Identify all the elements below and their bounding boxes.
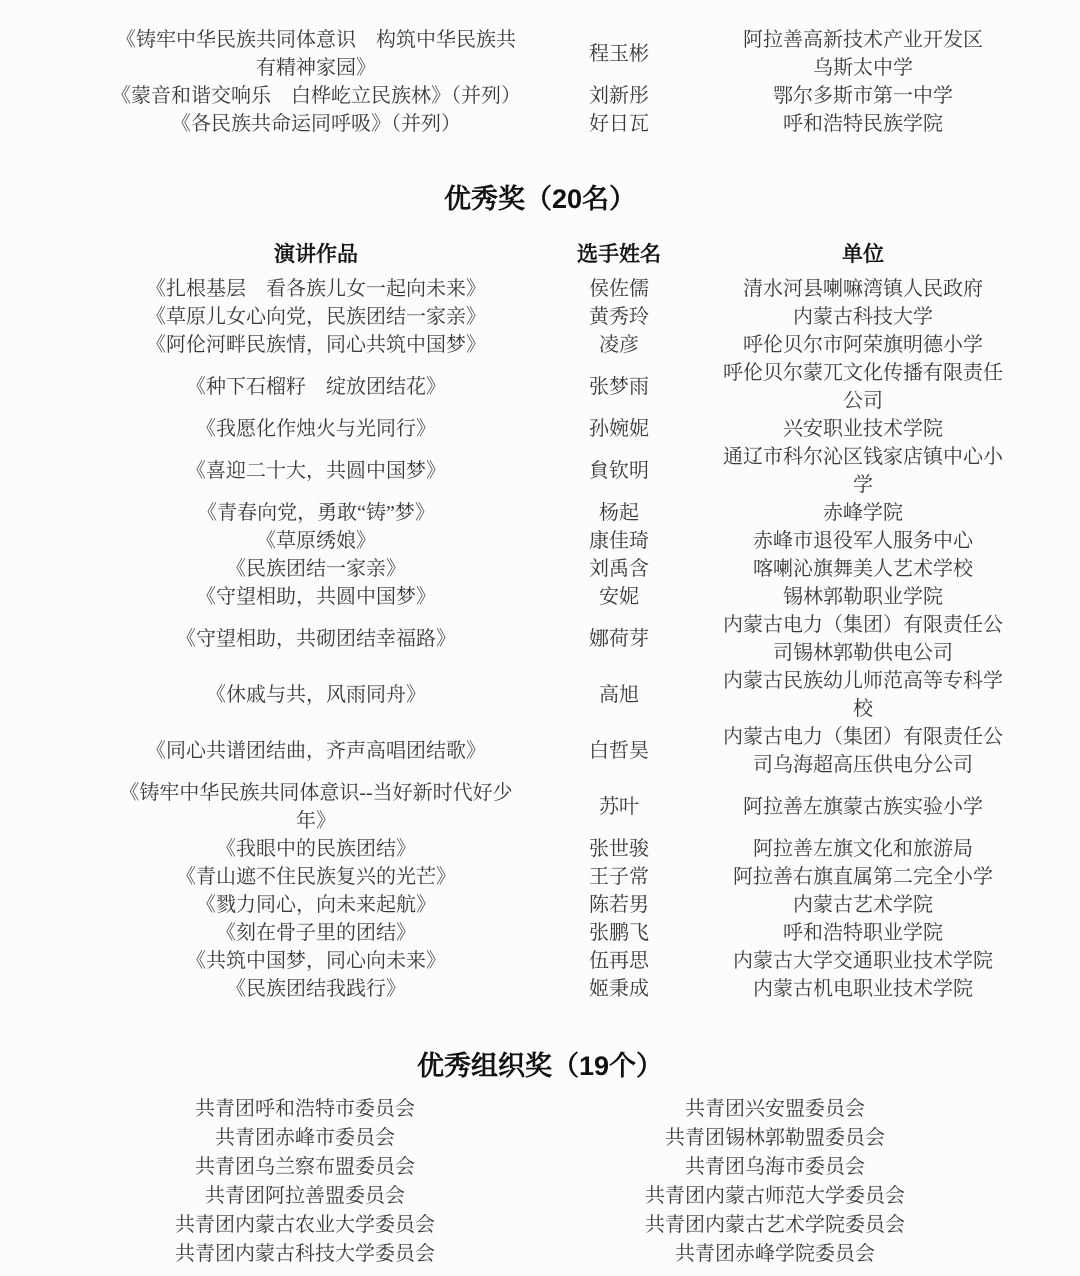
table-row: 《草原儿女心向党，民族团结一家亲》黄秀玲内蒙古科技大学 xyxy=(76,303,1044,331)
organization: 呼和浩特民族学院 xyxy=(682,110,1044,138)
org-award-item: 共青团锡林郭勒盟委员会 xyxy=(540,1124,1010,1153)
speech-title: 《我愿化作烛火与光同行》 xyxy=(76,415,556,443)
organization: 赤峰市退役军人服务中心 xyxy=(682,527,1044,555)
organization: 通辽市科尔沁区钱家店镇中心小 学 xyxy=(682,443,1044,499)
contestant-name: 王子常 xyxy=(556,863,682,891)
contestant-name: 姬秉成 xyxy=(556,975,682,1003)
speech-title: 《休戚与共，风雨同舟》 xyxy=(76,681,556,709)
table-row: 《蒙音和谐交响乐 白桦屹立民族林》（并列）刘新彤鄂尔多斯市第一中学 xyxy=(76,82,1044,110)
top-award-rows: 《铸牢中华民族共同体意识 构筑中华民族共 有精神家园》程玉彬阿拉善高新技术产业开… xyxy=(76,26,1044,138)
speech-title: 《民族团结我践行》 xyxy=(76,975,556,1003)
organization: 锡林郭勒职业学院 xyxy=(682,583,1044,611)
contestant-name: 伍再思 xyxy=(556,947,682,975)
column-header-org: 单位 xyxy=(682,242,1044,268)
contestant-name: 张世骏 xyxy=(556,835,682,863)
contestant-name: 孙婉妮 xyxy=(556,415,682,443)
organization: 阿拉善左旗蒙古族实验小学 xyxy=(682,793,1044,821)
speech-title: 《铸牢中华民族共同体意识--当好新时代好少 年》 xyxy=(76,779,556,835)
contestant-name: 安妮 xyxy=(556,583,682,611)
table-row: 《戮力同心，向未来起航》陈若男内蒙古艺术学院 xyxy=(76,891,1044,919)
table-row: 《共筑中国梦，同心向未来》伍再思内蒙古大学交通职业技术学院 xyxy=(76,947,1044,975)
organization: 内蒙古电力（集团）有限责任公 司乌海超高压供电分公司 xyxy=(682,723,1044,779)
org-award-item: 共青团内蒙古农业大学委员会 xyxy=(70,1211,540,1240)
contestant-name: 凌彦 xyxy=(556,331,682,359)
table-row: 《铸牢中华民族共同体意识--当好新时代好少 年》苏叶阿拉善左旗蒙古族实验小学 xyxy=(76,779,1044,835)
table-row: 《我愿化作烛火与光同行》孙婉妮兴安职业技术学院 xyxy=(76,415,1044,443)
speech-title: 《同心共谱团结曲，齐声高唱团结歌》 xyxy=(76,737,556,765)
contestant-name: 康佳琦 xyxy=(556,527,682,555)
table-row: 《各民族共命运同呼吸》（并列）好日瓦呼和浩特民族学院 xyxy=(76,110,1044,138)
contestant-name: 陈若男 xyxy=(556,891,682,919)
contestant-name: 高旭 xyxy=(556,681,682,709)
speech-title: 《守望相助，共圆中国梦》 xyxy=(76,583,556,611)
speech-title: 《守望相助，共砌团结幸福路》 xyxy=(76,625,556,653)
org-award-item: 共青团呼和浩特市委员会 xyxy=(70,1095,540,1124)
table-header-row: 演讲作品 选手姓名 单位 xyxy=(76,242,1044,268)
table-row: 《种下石榴籽 绽放团结花》张梦雨呼伦贝尔蒙兀文化传播有限责任 公司 xyxy=(76,359,1044,415)
speech-title: 《戮力同心，向未来起航》 xyxy=(76,891,556,919)
org-award-item: 共青团兴安盟委员会 xyxy=(540,1095,1010,1124)
organization: 兴安职业技术学院 xyxy=(682,415,1044,443)
organization: 呼和浩特职业学院 xyxy=(682,919,1044,947)
org-award-item: 共青团乌兰察布盟委员会 xyxy=(70,1153,540,1182)
organization: 内蒙古电力（集团）有限责任公 司锡林郭勒供电公司 xyxy=(682,611,1044,667)
table-row: 《青山遮不住民族复兴的光芒》王子常阿拉善右旗直属第二完全小学 xyxy=(76,863,1044,891)
table-row: 《同心共谱团结曲，齐声高唱团结歌》白哲昊内蒙古电力（集团）有限责任公 司乌海超高… xyxy=(76,723,1044,779)
column-header-name: 选手姓名 xyxy=(556,242,682,268)
speech-title: 《草原儿女心向党，民族团结一家亲》 xyxy=(76,303,556,331)
organization: 赤峰学院 xyxy=(682,499,1044,527)
organization: 喀喇沁旗舞美人艺术学校 xyxy=(682,555,1044,583)
table-row: 《阿伦河畔民族情，同心共筑中国梦》凌彦呼伦贝尔市阿荣旗明德小学 xyxy=(76,331,1044,359)
speech-title: 《种下石榴籽 绽放团结花》 xyxy=(76,373,556,401)
table-row: 《民族团结一家亲》刘禹含喀喇沁旗舞美人艺术学校 xyxy=(76,555,1044,583)
contestant-name: 侯佐儒 xyxy=(556,275,682,303)
speech-title: 《扎根基层 看各族儿女一起向未来》 xyxy=(76,275,556,303)
contestant-name: 程玉彬 xyxy=(556,40,682,68)
organization: 呼伦贝尔蒙兀文化传播有限责任 公司 xyxy=(682,359,1044,415)
table-row: 《铸牢中华民族共同体意识 构筑中华民族共 有精神家园》程玉彬阿拉善高新技术产业开… xyxy=(76,26,1044,82)
org-award-item: 共青团赤峰市委员会 xyxy=(70,1124,540,1153)
speech-title: 《青山遮不住民族复兴的光芒》 xyxy=(76,863,556,891)
organization: 呼伦贝尔市阿荣旗明德小学 xyxy=(682,331,1044,359)
speech-title: 《喜迎二十大，共圆中国梦》 xyxy=(76,457,556,485)
speech-title: 《各民族共命运同呼吸》（并列） xyxy=(76,110,556,138)
table-row: 《我眼中的民族团结》张世骏阿拉善左旗文化和旅游局 xyxy=(76,835,1044,863)
contestant-name: 苏叶 xyxy=(556,793,682,821)
organization: 阿拉善右旗直属第二完全小学 xyxy=(682,863,1044,891)
speech-title: 《我眼中的民族团结》 xyxy=(76,835,556,863)
speech-title: 《青春向党，勇敢“铸”梦》 xyxy=(76,499,556,527)
speech-title: 《刻在骨子里的团结》 xyxy=(76,919,556,947)
speech-title: 《阿伦河畔民族情，同心共筑中国梦》 xyxy=(76,331,556,359)
contestant-name: 好日瓦 xyxy=(556,110,682,138)
organization: 阿拉善左旗文化和旅游局 xyxy=(682,835,1044,863)
org-award-item: 共青团内蒙古师范大学委员会 xyxy=(540,1182,1010,1211)
contestant-name: 刘新彤 xyxy=(556,82,682,110)
table-row: 《守望相助，共砌团结幸福路》娜荷芽内蒙古电力（集团）有限责任公 司锡林郭勒供电公… xyxy=(76,611,1044,667)
org-award-item: 共青团赤峰学院委员会 xyxy=(540,1240,1010,1269)
contestant-name: 娜荷芽 xyxy=(556,625,682,653)
contestant-name: 张鹏飞 xyxy=(556,919,682,947)
organization: 清水河县喇嘛湾镇人民政府 xyxy=(682,275,1044,303)
contestant-name: 黄秀玲 xyxy=(556,303,682,331)
table-row: 《休戚与共，风雨同舟》高旭内蒙古民族幼儿师范高等专科学 校 xyxy=(76,667,1044,723)
excellence-award-title: 优秀奖（20名） xyxy=(0,182,1080,216)
contestant-name: 白哲昊 xyxy=(556,737,682,765)
speech-title: 《铸牢中华民族共同体意识 构筑中华民族共 有精神家园》 xyxy=(76,26,556,82)
table-row: 《民族团结我践行》姬秉成内蒙古机电职业技术学院 xyxy=(76,975,1044,1003)
contestant-name: 张梦雨 xyxy=(556,373,682,401)
org-award-item: 共青团内蒙古科技大学委员会 xyxy=(70,1240,540,1269)
excellence-award-rows: 《扎根基层 看各族儿女一起向未来》侯佐儒清水河县喇嘛湾镇人民政府《草原儿女心向党… xyxy=(76,275,1044,1003)
org-award-list: 共青团呼和浩特市委员会共青团兴安盟委员会共青团赤峰市委员会共青团锡林郭勒盟委员会… xyxy=(70,1095,1010,1269)
table-row: 《刻在骨子里的团结》张鹏飞呼和浩特职业学院 xyxy=(76,919,1044,947)
speech-title: 《民族团结一家亲》 xyxy=(76,555,556,583)
table-row: 《草原绣娘》康佳琦赤峰市退役军人服务中心 xyxy=(76,527,1044,555)
organization: 内蒙古大学交通职业技术学院 xyxy=(682,947,1044,975)
organization: 内蒙古艺术学院 xyxy=(682,891,1044,919)
contestant-name: 貟钦明 xyxy=(556,457,682,485)
speech-title: 《共筑中国梦，同心向未来》 xyxy=(76,947,556,975)
table-row: 《喜迎二十大，共圆中国梦》貟钦明通辽市科尔沁区钱家店镇中心小 学 xyxy=(76,443,1044,499)
speech-title: 《草原绣娘》 xyxy=(76,527,556,555)
org-award-title: 优秀组织奖（19个） xyxy=(0,1049,1080,1083)
organization: 内蒙古机电职业技术学院 xyxy=(682,975,1044,1003)
organization: 鄂尔多斯市第一中学 xyxy=(682,82,1044,110)
table-row: 《守望相助，共圆中国梦》安妮锡林郭勒职业学院 xyxy=(76,583,1044,611)
organization: 内蒙古民族幼儿师范高等专科学 校 xyxy=(682,667,1044,723)
speech-title: 《蒙音和谐交响乐 白桦屹立民族林》（并列） xyxy=(76,82,556,110)
table-row: 《扎根基层 看各族儿女一起向未来》侯佐儒清水河县喇嘛湾镇人民政府 xyxy=(76,275,1044,303)
organization: 内蒙古科技大学 xyxy=(682,303,1044,331)
contestant-name: 刘禹含 xyxy=(556,555,682,583)
organization: 阿拉善高新技术产业开发区 乌斯太中学 xyxy=(682,26,1044,82)
table-row: 《青春向党，勇敢“铸”梦》杨起赤峰学院 xyxy=(76,499,1044,527)
org-award-item: 共青团乌海市委员会 xyxy=(540,1153,1010,1182)
org-award-item: 共青团内蒙古艺术学院委员会 xyxy=(540,1211,1010,1240)
org-award-item: 共青团阿拉善盟委员会 xyxy=(70,1182,540,1211)
column-header-work: 演讲作品 xyxy=(76,242,556,268)
contestant-name: 杨起 xyxy=(556,499,682,527)
document-page: 《铸牢中华民族共同体意识 构筑中华民族共 有精神家园》程玉彬阿拉善高新技术产业开… xyxy=(0,0,1080,1276)
